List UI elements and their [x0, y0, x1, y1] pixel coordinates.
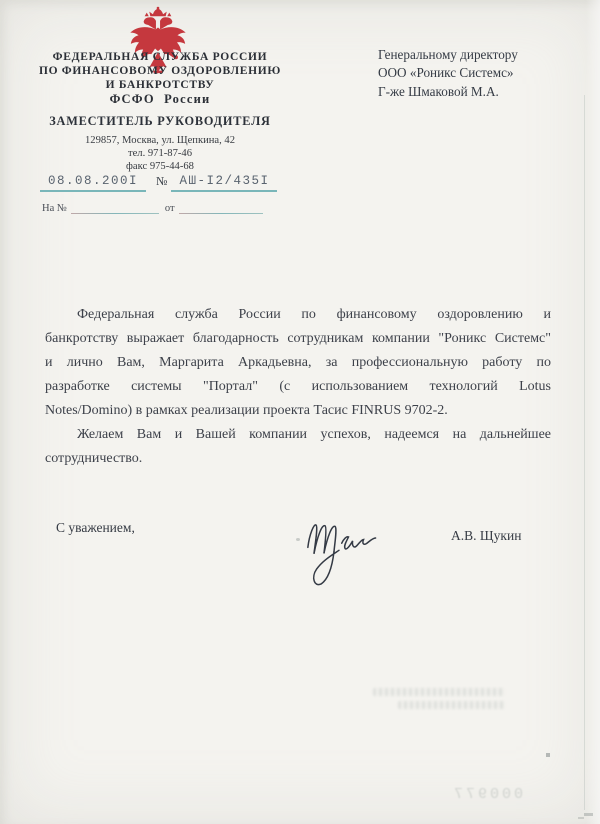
- body-line: банкротству выражает благодарность сотру…: [45, 327, 551, 351]
- scan-speck: [584, 813, 593, 816]
- body-line: разработке системы "Портал" (с использов…: [45, 375, 551, 399]
- closing-salutation: С уважением,: [56, 520, 135, 536]
- body-line: Notes/Domino) в рамках реализации проект…: [45, 399, 551, 423]
- scanned-letter-page: ФЕДЕРАЛЬНАЯ СЛУЖБА РОССИИ ПО ФИНАНСОВОМУ…: [0, 0, 600, 824]
- org-short-name: ФСФО России: [26, 92, 294, 107]
- body-line: сотрудничество.: [45, 447, 551, 471]
- scan-speck: [578, 817, 584, 819]
- scanner-edge-line: [584, 95, 585, 810]
- org-fax: факс 975-44-68: [26, 160, 294, 173]
- incoming-number-label: На №: [42, 203, 67, 214]
- recipient-block: Генеральному директору ООО «Роникс Систе…: [378, 46, 518, 101]
- org-phone: тел. 971-87-46: [26, 147, 294, 160]
- signatory-name: А.В. Щукин: [451, 528, 521, 544]
- bleedthrough-text-line: [398, 701, 505, 709]
- recipient-line-2: ООО «Роникс Системс»: [378, 64, 518, 82]
- outgoing-date: 08.08.200I: [40, 174, 146, 192]
- recipient-line-1: Генеральному директору: [378, 46, 518, 64]
- recipient-line-3: Г-же Шмаковой М.А.: [378, 83, 518, 101]
- incoming-reference-row: На № от: [42, 203, 263, 214]
- body-line: Желаем Вам и Вашей компании успехов, над…: [45, 423, 551, 447]
- letterhead: ФЕДЕРАЛЬНАЯ СЛУЖБА РОССИИ ПО ФИНАНСОВОМУ…: [26, 50, 294, 173]
- scan-speck: [546, 753, 550, 757]
- mirrored-serial-number: 000977: [433, 786, 523, 803]
- number-sign: №: [146, 174, 171, 192]
- reference-row: 08.08.200I № АШ-I2/435I: [40, 174, 277, 192]
- from-label: от: [165, 203, 175, 214]
- handwritten-signature: [297, 508, 400, 593]
- body-line: Федеральная служба России по финансовому…: [45, 303, 551, 327]
- scanner-edge-strip: [586, 0, 600, 824]
- letter-body: Федеральная служба России по финансовому…: [45, 303, 551, 471]
- org-name-line-3: И БАНКРОТСТВУ: [26, 78, 294, 92]
- position-title: ЗАМЕСТИТЕЛЬ РУКОВОДИТЕЛЯ: [26, 114, 294, 129]
- body-line: и лично Вам, Маргарита Аркадьевна, за пр…: [45, 351, 551, 375]
- incoming-number-blank: [71, 203, 159, 214]
- scan-speck: [296, 538, 300, 541]
- from-date-blank: [179, 203, 263, 214]
- org-address: 129857, Москва, ул. Щепкина, 42: [26, 134, 294, 147]
- org-name-line-2: ПО ФИНАНСОВОМУ ОЗДОРОВЛЕНИЮ: [26, 64, 294, 78]
- org-name-line-1: ФЕДЕРАЛЬНАЯ СЛУЖБА РОССИИ: [26, 50, 294, 64]
- outgoing-number: АШ-I2/435I: [171, 174, 277, 192]
- bleedthrough-text-line: [373, 688, 505, 696]
